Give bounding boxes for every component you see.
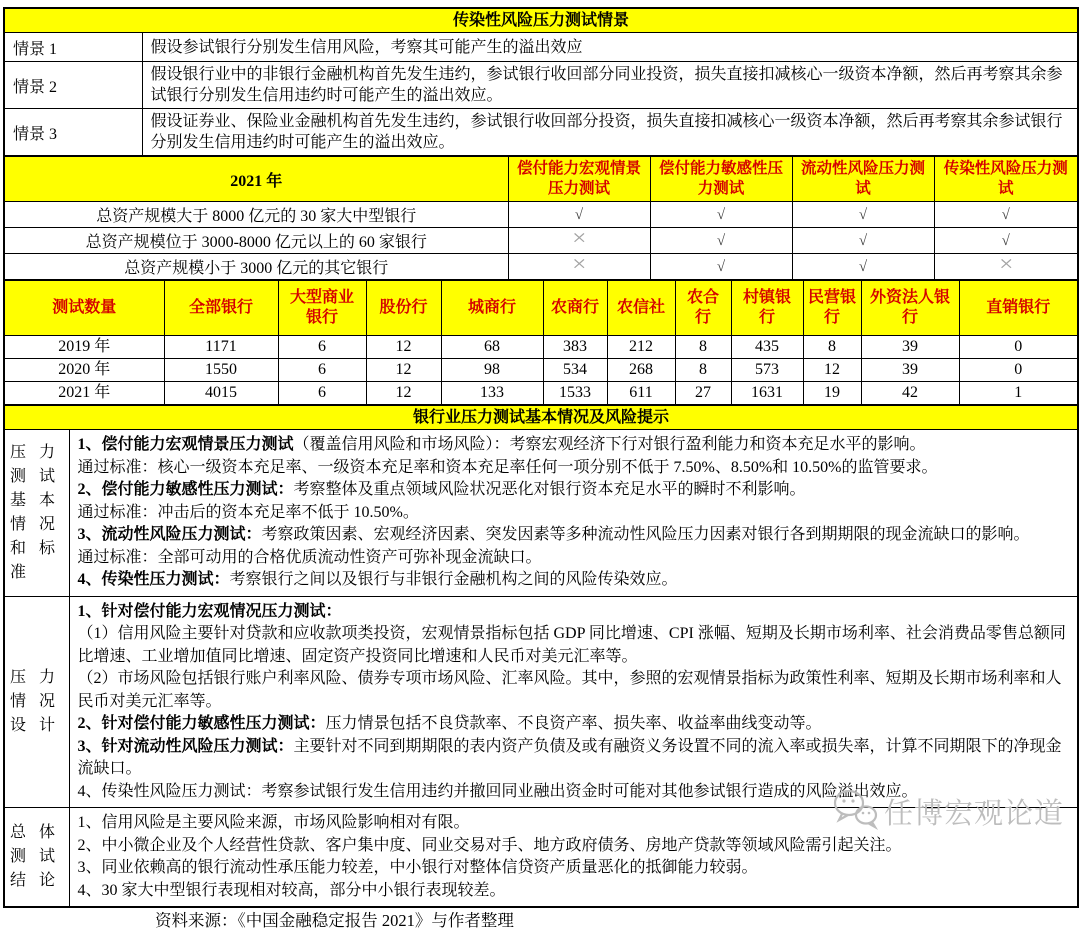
- coverage-mark-cell: √: [508, 202, 650, 228]
- count-value: 212: [607, 336, 675, 359]
- count-year-label: 2020 年: [4, 359, 164, 382]
- summary-line-text: 4、30 家大中型银行表现相对较高，部分中小银行表现较差。: [78, 882, 506, 899]
- coverage-mark-cell: ×: [508, 228, 650, 254]
- coverage-row: 总资产规模小于 3000 亿元的其它银行×√√×: [4, 254, 1078, 281]
- coverage-col-sensitivity-solvency: 偿付能力敏感性压力测试: [650, 156, 792, 202]
- summary-row-conclusion: 总 体 测 试 结 论 1、信用风险是主要风险来源，市场风险影响相对有限。2、中…: [4, 808, 1078, 908]
- summary-line-text: （2）市场风险包括银行账户利率风险、债券专项市场风险、汇率风险。其中，参照的宏观…: [78, 670, 1062, 710]
- summary-line: 2、中小微企业及个人经营性贷款、客户集中度、同业交易对手、地方政府债务、房地产贷…: [78, 835, 1070, 858]
- scenario-text: 假设参试银行分别发生信用风险，考察其可能产生的溢出效应: [142, 33, 1078, 62]
- count-column-header: 全部银行: [164, 280, 278, 336]
- source-note: 资料来源：《中国金融稳定报告 2021》与作者整理: [3, 911, 1077, 931]
- section-content-conclusion: 1、信用风险是主要风险来源，市场风险影响相对有限。2、中小微企业及个人经营性贷款…: [69, 808, 1078, 908]
- count-value: 6: [278, 359, 366, 382]
- check-mark: √: [717, 208, 725, 223]
- count-column-header: 民营银行: [803, 280, 861, 336]
- count-value: 6: [278, 336, 366, 359]
- count-value: 534: [543, 359, 607, 382]
- count-header-row: 测试数量全部银行大型商业银行股份行城商行农商行农信社农合行村镇银行民营银行外资法…: [4, 280, 1078, 336]
- check-mark: √: [859, 208, 867, 223]
- coverage-mark-cell: ×: [934, 254, 1078, 281]
- summary-line-bold: 1、偿付能力宏观情景压力测试: [78, 436, 294, 453]
- scenario-label: 情景 2: [4, 62, 142, 109]
- count-value: 573: [731, 359, 803, 382]
- summary-line-text: 1、信用风险是主要风险来源，市场风险影响相对有限。: [78, 814, 470, 831]
- count-value: 1171: [164, 336, 278, 359]
- scenario-text: 假设证券业、保险业金融机构首先发生违约，参试银行收回部分投资，损失直接扣减核心一…: [142, 109, 1078, 157]
- section-content-design: 1、针对偿付能力宏观情况压力测试：（1）信用风险主要针对贷款和应收款项类投资，宏…: [69, 596, 1078, 808]
- count-value: 42: [861, 382, 959, 406]
- summary-line: 2、偿付能力敏感性压力测试：考察整体及重点领域风险状况恶化对银行资本充足水平的瞬…: [78, 479, 1070, 502]
- count-year-label: 2021 年: [4, 382, 164, 406]
- count-value: 19: [803, 382, 861, 406]
- summary-line-text: 考察政策因素、宏观经济因素、突发因素等多种流动性风险压力因素对银行各到期期限的现…: [262, 526, 1030, 543]
- count-value: 8: [803, 336, 861, 359]
- count-year-label: 2019 年: [4, 336, 164, 359]
- count-value: 0: [959, 336, 1078, 359]
- scenario-row: 情景 3假设证券业、保险业金融机构首先发生违约，参试银行收回部分投资，损失直接扣…: [4, 109, 1078, 157]
- section-content-basics: 1、偿付能力宏观情景压力测试（覆盖信用风险和市场风险）：考察宏观经济下行对银行盈…: [69, 430, 1078, 597]
- summary-line: 1、偿付能力宏观情景压力测试（覆盖信用风险和市场风险）：考察宏观经济下行对银行盈…: [78, 434, 1070, 457]
- coverage-row: 总资产规模位于 3000-8000 亿元以上的 60 家银行×√√√: [4, 228, 1078, 254]
- summary-line: 1、信用风险是主要风险来源，市场风险影响相对有限。: [78, 812, 1070, 835]
- count-column-header: 测试数量: [4, 280, 164, 336]
- count-column-header: 外资法人银行: [861, 280, 959, 336]
- summary-line-text: 压力情景包括不良贷款率、不良资产率、损失率、收益率曲线变动等。: [326, 715, 822, 732]
- check-mark: √: [1002, 208, 1010, 223]
- check-mark: √: [717, 234, 725, 249]
- count-value: 12: [366, 336, 441, 359]
- summary-line: 4、传染性压力测试：考察银行之间以及银行与非银行金融机构之间的风险传染效应。: [78, 569, 1070, 592]
- count-value: 133: [441, 382, 543, 406]
- coverage-col-liquidity: 流动性风险压力测试: [792, 156, 934, 202]
- count-value: 383: [543, 336, 607, 359]
- summary-line-bold: 2、偿付能力敏感性压力测试：: [78, 481, 294, 498]
- summary-line: 通过标准：冲击后的资本充足率不低于 10.50%。: [78, 502, 1070, 525]
- count-column-header: 农信社: [607, 280, 675, 336]
- summary-line-text: 考察银行之间以及银行与非银行金融机构之间的风险传染效应。: [230, 571, 678, 588]
- summary-line-text: 4、传染性风险压力测试：考察参试银行发生信用违约并撤回同业融出资金时可能对其他参…: [78, 783, 918, 800]
- summary-row-basics: 压 力 测 试 基 本 情 况 和 标 准 1、偿付能力宏观情景压力测试（覆盖信…: [4, 430, 1078, 597]
- summary-line: 通过标准：全部可动用的合格优质流动性资产可弥补现金流缺口。: [78, 547, 1070, 570]
- count-column-header: 农合行: [675, 280, 731, 336]
- count-value: 268: [607, 359, 675, 382]
- check-mark: √: [575, 208, 583, 223]
- summary-line-bold: 2、针对偿付能力敏感性压力测试：: [78, 715, 326, 732]
- count-value: 39: [861, 359, 959, 382]
- scenario-label: 情景 3: [4, 109, 142, 157]
- coverage-mark-cell: √: [650, 254, 792, 281]
- summary-line-text: 通过标准：核心一级资本充足率、一级资本充足率和资本充足率任何一项分别不低于 7.…: [78, 459, 938, 476]
- summary-line: 2、针对偿付能力敏感性压力测试：压力情景包括不良贷款率、不良资产率、损失率、收益…: [78, 713, 1070, 736]
- coverage-mark-cell: ×: [508, 254, 650, 281]
- summary-line: 3、针对流动性风险压力测试：主要针对不同到期期限的表内资产负债及或有融资义务设置…: [78, 736, 1070, 781]
- coverage-row-label: 总资产规模位于 3000-8000 亿元以上的 60 家银行: [4, 228, 508, 254]
- summary-line: 1、针对偿付能力宏观情况压力测试：: [78, 601, 1070, 624]
- contagion-scenario-table: 传染性风险压力测试情景 情景 1假设参试银行分别发生信用风险，考察其可能产生的溢…: [3, 7, 1079, 157]
- coverage-mark-cell: √: [650, 202, 792, 228]
- summary-line: 3、流动性风险压力测试：考察政策因素、宏观经济因素、突发因素等多种流动性风险压力…: [78, 524, 1070, 547]
- summary-line-text: （覆盖信用风险和市场风险）：考察宏观经济下行对银行盈利能力和资本充足水平的影响。: [294, 436, 926, 453]
- count-value: 27: [675, 382, 731, 406]
- check-mark: √: [717, 260, 725, 275]
- section-label-design: 压 力 情 况 设 计: [4, 596, 69, 808]
- scenario-row: 情景 1假设参试银行分别发生信用风险，考察其可能产生的溢出效应: [4, 33, 1078, 62]
- coverage-mark-cell: √: [650, 228, 792, 254]
- coverage-header-row: 2021 年 偿付能力宏观情景压力测试 偿付能力敏感性压力测试 流动性风险压力测…: [4, 156, 1078, 202]
- cross-mark: ×: [572, 257, 586, 271]
- coverage-mark-cell: √: [792, 228, 934, 254]
- summary-line-text: 通过标准：冲击后的资本充足率不低于 10.50%。: [78, 504, 419, 521]
- count-column-header: 大型商业银行: [278, 280, 366, 336]
- count-value: 611: [607, 382, 675, 406]
- scenario-row: 情景 2假设银行业中的非银行金融机构首先发生违约，参试银行收回部分同业投资，损失…: [4, 62, 1078, 109]
- cross-mark: ×: [999, 257, 1013, 271]
- section-label-basics: 压 力 测 试 基 本 情 况 和 标 准: [4, 430, 69, 597]
- summary-line-bold: 3、流动性风险压力测试：: [78, 526, 262, 543]
- count-value: 4015: [164, 382, 278, 406]
- coverage-mark-cell: √: [934, 202, 1078, 228]
- summary-line: 3、同业依赖高的银行流动性承压能力较差，中小银行对整体信贷资产质量恶化的抵御能力…: [78, 857, 1070, 880]
- scenario-label: 情景 1: [4, 33, 142, 62]
- summary-line: （1）信用风险主要针对贷款和应收款项类投资，宏观情景指标包括 GDP 同比增速、…: [78, 623, 1070, 668]
- coverage-year-header: 2021 年: [4, 156, 508, 202]
- check-mark: √: [859, 234, 867, 249]
- summary-line: （2）市场风险包括银行账户利率风险、债券专项市场风险、汇率风险。其中，参照的宏观…: [78, 668, 1070, 713]
- count-value: 0: [959, 359, 1078, 382]
- report-table-sheet: 传染性风险压力测试情景 情景 1假设参试银行分别发生信用风险，考察其可能产生的溢…: [3, 7, 1077, 931]
- count-value: 1: [959, 382, 1078, 406]
- count-value: 6: [278, 382, 366, 406]
- count-column-header: 城商行: [441, 280, 543, 336]
- count-row: 2021 年4015612133153361127163119421: [4, 382, 1078, 406]
- coverage-row: 总资产规模大于 8000 亿元的 30 家大中型银行√√√√: [4, 202, 1078, 228]
- test-count-table: 测试数量全部银行大型商业银行股份行城商行农商行农信社农合行村镇银行民营银行外资法…: [3, 279, 1079, 406]
- summary-line: 通过标准：核心一级资本充足率、一级资本充足率和资本充足率任何一项分别不低于 7.…: [78, 457, 1070, 480]
- summary-line: 4、30 家大中型银行表现相对较高，部分中小银行表现较差。: [78, 880, 1070, 903]
- count-column-header: 直销银行: [959, 280, 1078, 336]
- count-value: 39: [861, 336, 959, 359]
- summary-line-bold: 3、针对流动性风险压力测试：: [78, 738, 294, 755]
- scenario-table-title: 传染性风险压力测试情景: [4, 8, 1078, 33]
- coverage-col-macro-solvency: 偿付能力宏观情景压力测试: [508, 156, 650, 202]
- count-row: 2019 年11716126838321284358390: [4, 336, 1078, 359]
- count-column-header: 农商行: [543, 280, 607, 336]
- summary-line-text: 考察整体及重点领域风险状况恶化对银行资本充足水平的瞬时不利影响。: [294, 481, 806, 498]
- count-value: 12: [803, 359, 861, 382]
- count-column-header: 村镇银行: [731, 280, 803, 336]
- coverage-col-contagion: 传染性风险压力测试: [934, 156, 1078, 202]
- summary-line: 4、传染性风险压力测试：考察参试银行发生信用违约并撤回同业融出资金时可能对其他参…: [78, 781, 1070, 804]
- summary-line-text: 2、中小微企业及个人经营性贷款、客户集中度、同业交易对手、地方政府债务、房地产贷…: [78, 837, 902, 854]
- coverage-mark-cell: √: [792, 254, 934, 281]
- count-value: 1631: [731, 382, 803, 406]
- count-value: 68: [441, 336, 543, 359]
- cross-mark: ×: [572, 231, 586, 245]
- count-row: 2020 年155061298534268857312390: [4, 359, 1078, 382]
- count-value: 8: [675, 336, 731, 359]
- count-value: 12: [366, 359, 441, 382]
- section-label-conclusion: 总 体 测 试 结 论: [4, 808, 69, 908]
- coverage-table: 2021 年 偿付能力宏观情景压力测试 偿付能力敏感性压力测试 流动性风险压力测…: [3, 155, 1079, 281]
- count-value: 435: [731, 336, 803, 359]
- count-value: 1533: [543, 382, 607, 406]
- summary-table-title: 银行业压力测试基本情况及风险提示: [4, 405, 1078, 430]
- summary-line-text: 3、同业依赖高的银行流动性承压能力较差，中小银行对整体信贷资产质量恶化的抵御能力…: [78, 859, 758, 876]
- summary-table: 银行业压力测试基本情况及风险提示 压 力 测 试 基 本 情 况 和 标 准 1…: [3, 404, 1079, 908]
- count-value: 98: [441, 359, 543, 382]
- count-value: 12: [366, 382, 441, 406]
- scenario-text: 假设银行业中的非银行金融机构首先发生违约，参试银行收回部分同业投资，损失直接扣减…: [142, 62, 1078, 109]
- check-mark: √: [1002, 234, 1010, 249]
- coverage-mark-cell: √: [792, 202, 934, 228]
- count-value: 8: [675, 359, 731, 382]
- coverage-row-label: 总资产规模大于 8000 亿元的 30 家大中型银行: [4, 202, 508, 228]
- check-mark: √: [859, 260, 867, 275]
- count-value: 1550: [164, 359, 278, 382]
- summary-row-design: 压 力 情 况 设 计 1、针对偿付能力宏观情况压力测试：（1）信用风险主要针对…: [4, 596, 1078, 808]
- coverage-mark-cell: √: [934, 228, 1078, 254]
- summary-line-text: （1）信用风险主要针对贷款和应收款项类投资，宏观情景指标包括 GDP 同比增速、…: [78, 625, 1066, 665]
- count-column-header: 股份行: [366, 280, 441, 336]
- coverage-row-label: 总资产规模小于 3000 亿元的其它银行: [4, 254, 508, 281]
- summary-line-bold: 4、传染性压力测试：: [78, 571, 230, 588]
- summary-line-text: 通过标准：全部可动用的合格优质流动性资产可弥补现金流缺口。: [78, 549, 542, 566]
- summary-line-bold: 1、针对偿付能力宏观情况压力测试：: [78, 603, 342, 620]
